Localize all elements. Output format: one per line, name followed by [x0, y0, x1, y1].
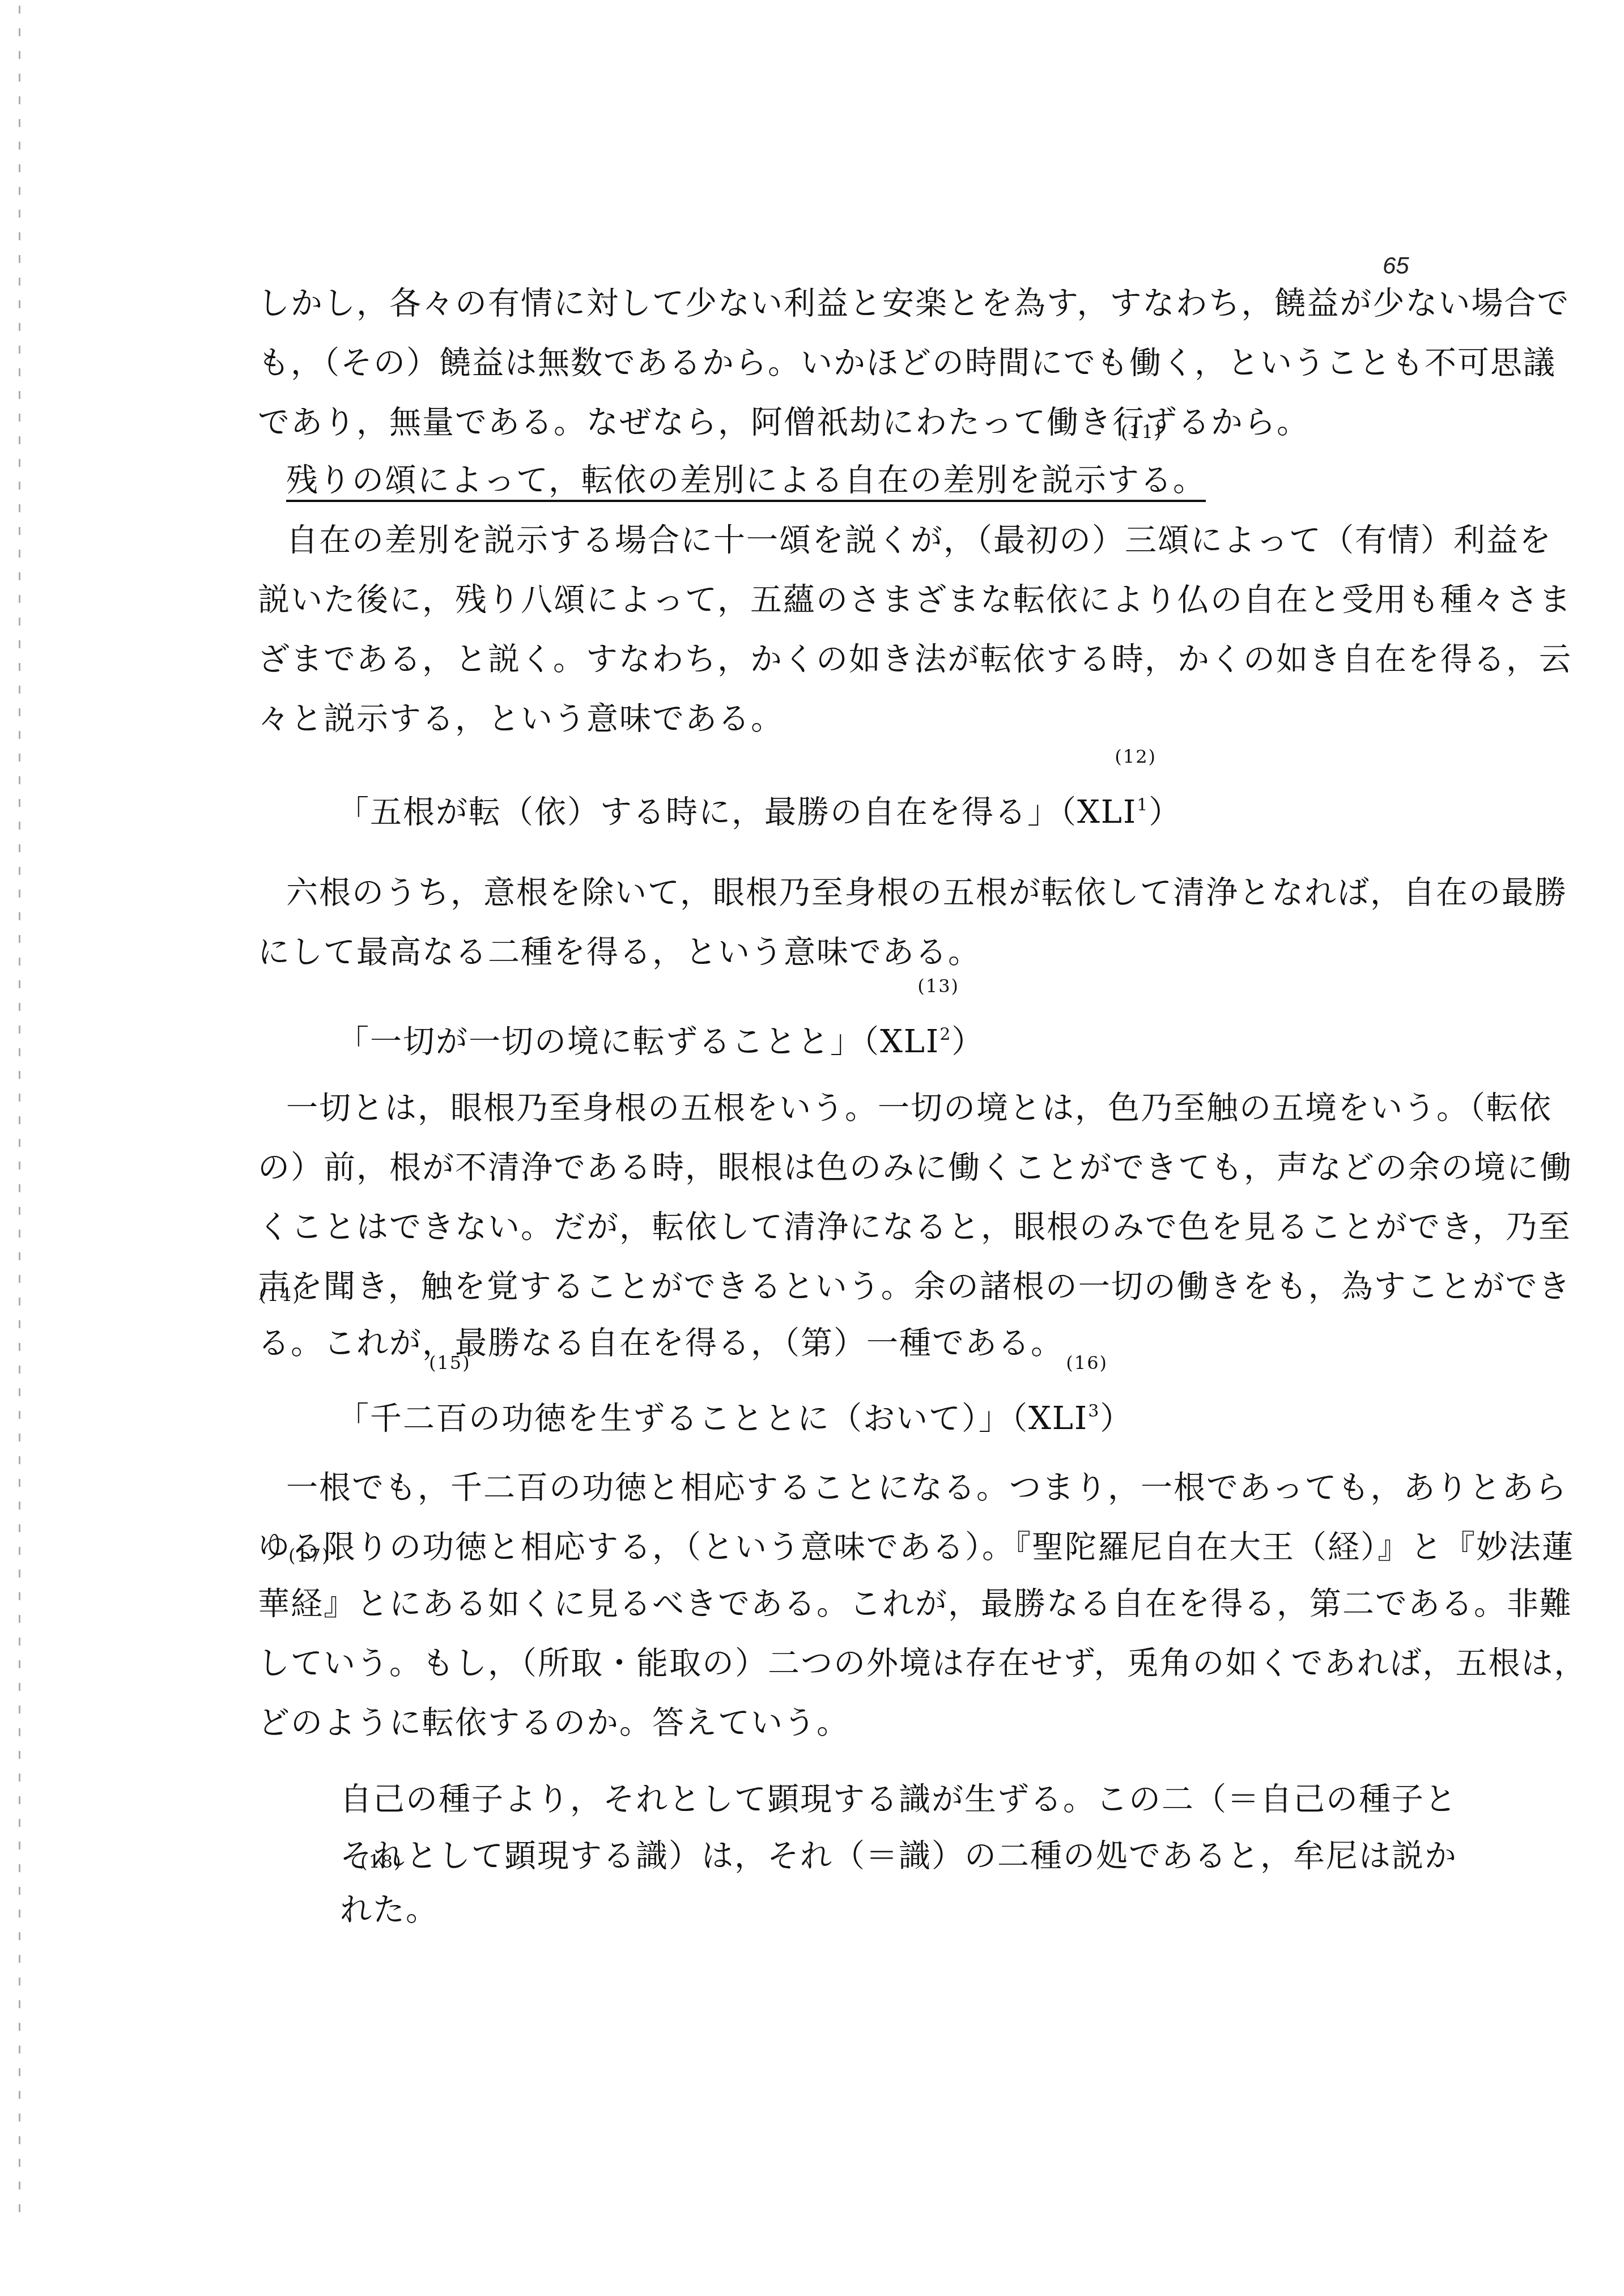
paragraph-line: ざまである，と説く。すなわち，かくの如き法が転依する時，かくの如き自在を得る，云: [258, 639, 1397, 680]
paragraph-line: どのように転依するのか。答えていう。: [258, 1703, 1397, 1744]
paragraph-line: しかし，各々の有情に対して少ない利益と安楽とを為す，すなわち，饒益が少ない場合で: [258, 283, 1397, 324]
quote-close: ）: [1149, 794, 1181, 831]
verse-quote: 「五根が転（依）する時に，最勝の自在を得る」（XLI1(12)）: [337, 785, 1181, 833]
paragraph-line: 説いた後に，残り八頌によって，五蘊のさまざまな転依により仏の自在と受用も種々さま: [258, 580, 1397, 620]
paragraph-line: であり，無量である。なぜなら，阿僧祇劫にわたって働き行ずるから。: [258, 402, 1397, 443]
text-run: る: [258, 1325, 291, 1362]
paragraph-line: 々と説示する，という意味である。: [258, 699, 1397, 739]
text-run: 華経』: [258, 1585, 356, 1622]
quote-text: 「千二百: [337, 1400, 469, 1437]
paragraph-line: 六根のうち，意根を除いて，眼根乃至身根の五根が転依して清浄となれば，自在の最勝: [286, 873, 1397, 913]
text-run: とにある如くに見るべきである。これが，最勝なる自在を得る，第二である。非難: [356, 1585, 1572, 1622]
quote-close: ）: [951, 1023, 984, 1060]
text-run: れた: [340, 1891, 406, 1928]
paragraph-line: の）前，根が不清浄である時，眼根は色のみに働くことができても，声などの余の境に働: [258, 1147, 1397, 1188]
paragraph-line: にして最高なる二種を得る，という意味である。: [258, 932, 1397, 973]
quote-text: の功徳を生ずることとに（おいて）」（XLI: [469, 1400, 1088, 1437]
block-quote-line: それとして顕現する識）は，それ（＝識）の二種の処であると，牟尼は説か: [340, 1836, 1309, 1877]
paragraph-line: も，（その）饒益は無数であるから。いかほどの時間にでも働く，ということも不可思議: [258, 343, 1397, 384]
verse-number: 2: [939, 1024, 951, 1044]
section-heading: 残りの頌によって，転依の差別による自在の差別を説示する。(11): [286, 460, 1206, 501]
paragraph-line: 一切とは，眼根乃至身根の五根をいう。一切の境とは，色乃至触の五境をいう。（転依: [286, 1088, 1397, 1129]
paragraph-line: くことはできない。だが，転依して清浄になると，眼根のみで色を見ることができ，乃至: [258, 1207, 1397, 1248]
verse-number: 1: [1137, 795, 1149, 815]
heading-text: 残りの頌によって，転依の差別による自在の差別を説示する。: [286, 462, 1206, 502]
paragraph-line: 一根でも，千二百の功徳と相応することになる。つまり，一根であっても，ありとあら: [286, 1468, 1397, 1508]
paragraph-line: ゆる限りの功徳と相応する，（という意味である）。『聖陀羅尼自在大王（経）』と『妙…: [258, 1527, 1397, 1568]
block-quote-line: 自己の種子より，それとして顕現する識が生ずる。この二（＝自己の種子と: [340, 1779, 1309, 1820]
quote-text: 「五根が転（依）する時に，最勝の自在を得る」（XLI: [337, 794, 1137, 831]
quote-close: ）: [1100, 1400, 1133, 1437]
paragraph-line: 声を聞き，触を覚することができるという。余の諸根の一切の働きをも，為すことができ: [258, 1266, 1397, 1307]
verse-quote: 「千二百(15)の功徳を生ずることとに（おいて）」（XLI3(16)）: [337, 1391, 1133, 1439]
scan-margin-line: [19, 6, 20, 2216]
quote-text: 「一切が一切の境に転ずることと」（XLI: [337, 1023, 939, 1060]
text-run: 。: [406, 1891, 439, 1928]
paragraph-line: 自在の差別を説示する場合に十一頌を説くが，（最初の）三頌によって（有情）利益を: [286, 520, 1397, 561]
paragraph-line: 華経』(17)とにある如くに見るべきである。これが，最勝なる自在を得る，第二であ…: [258, 1584, 1397, 1625]
page-number: 65: [1383, 252, 1409, 279]
verse-number: 3: [1088, 1401, 1100, 1421]
paragraph-line: していう。もし，（所取・能取の）二つの外境は存在せず，兎角の如くであれば，五根は…: [258, 1643, 1397, 1684]
text-run: 。これが，最勝なる自在を得る，（第）一種である。: [291, 1325, 1064, 1362]
verse-quote: 「一切が一切の境に転ずることと」（XLI2(13)）: [337, 1014, 984, 1062]
block-quote-line: れた(18)。: [340, 1890, 1309, 1931]
